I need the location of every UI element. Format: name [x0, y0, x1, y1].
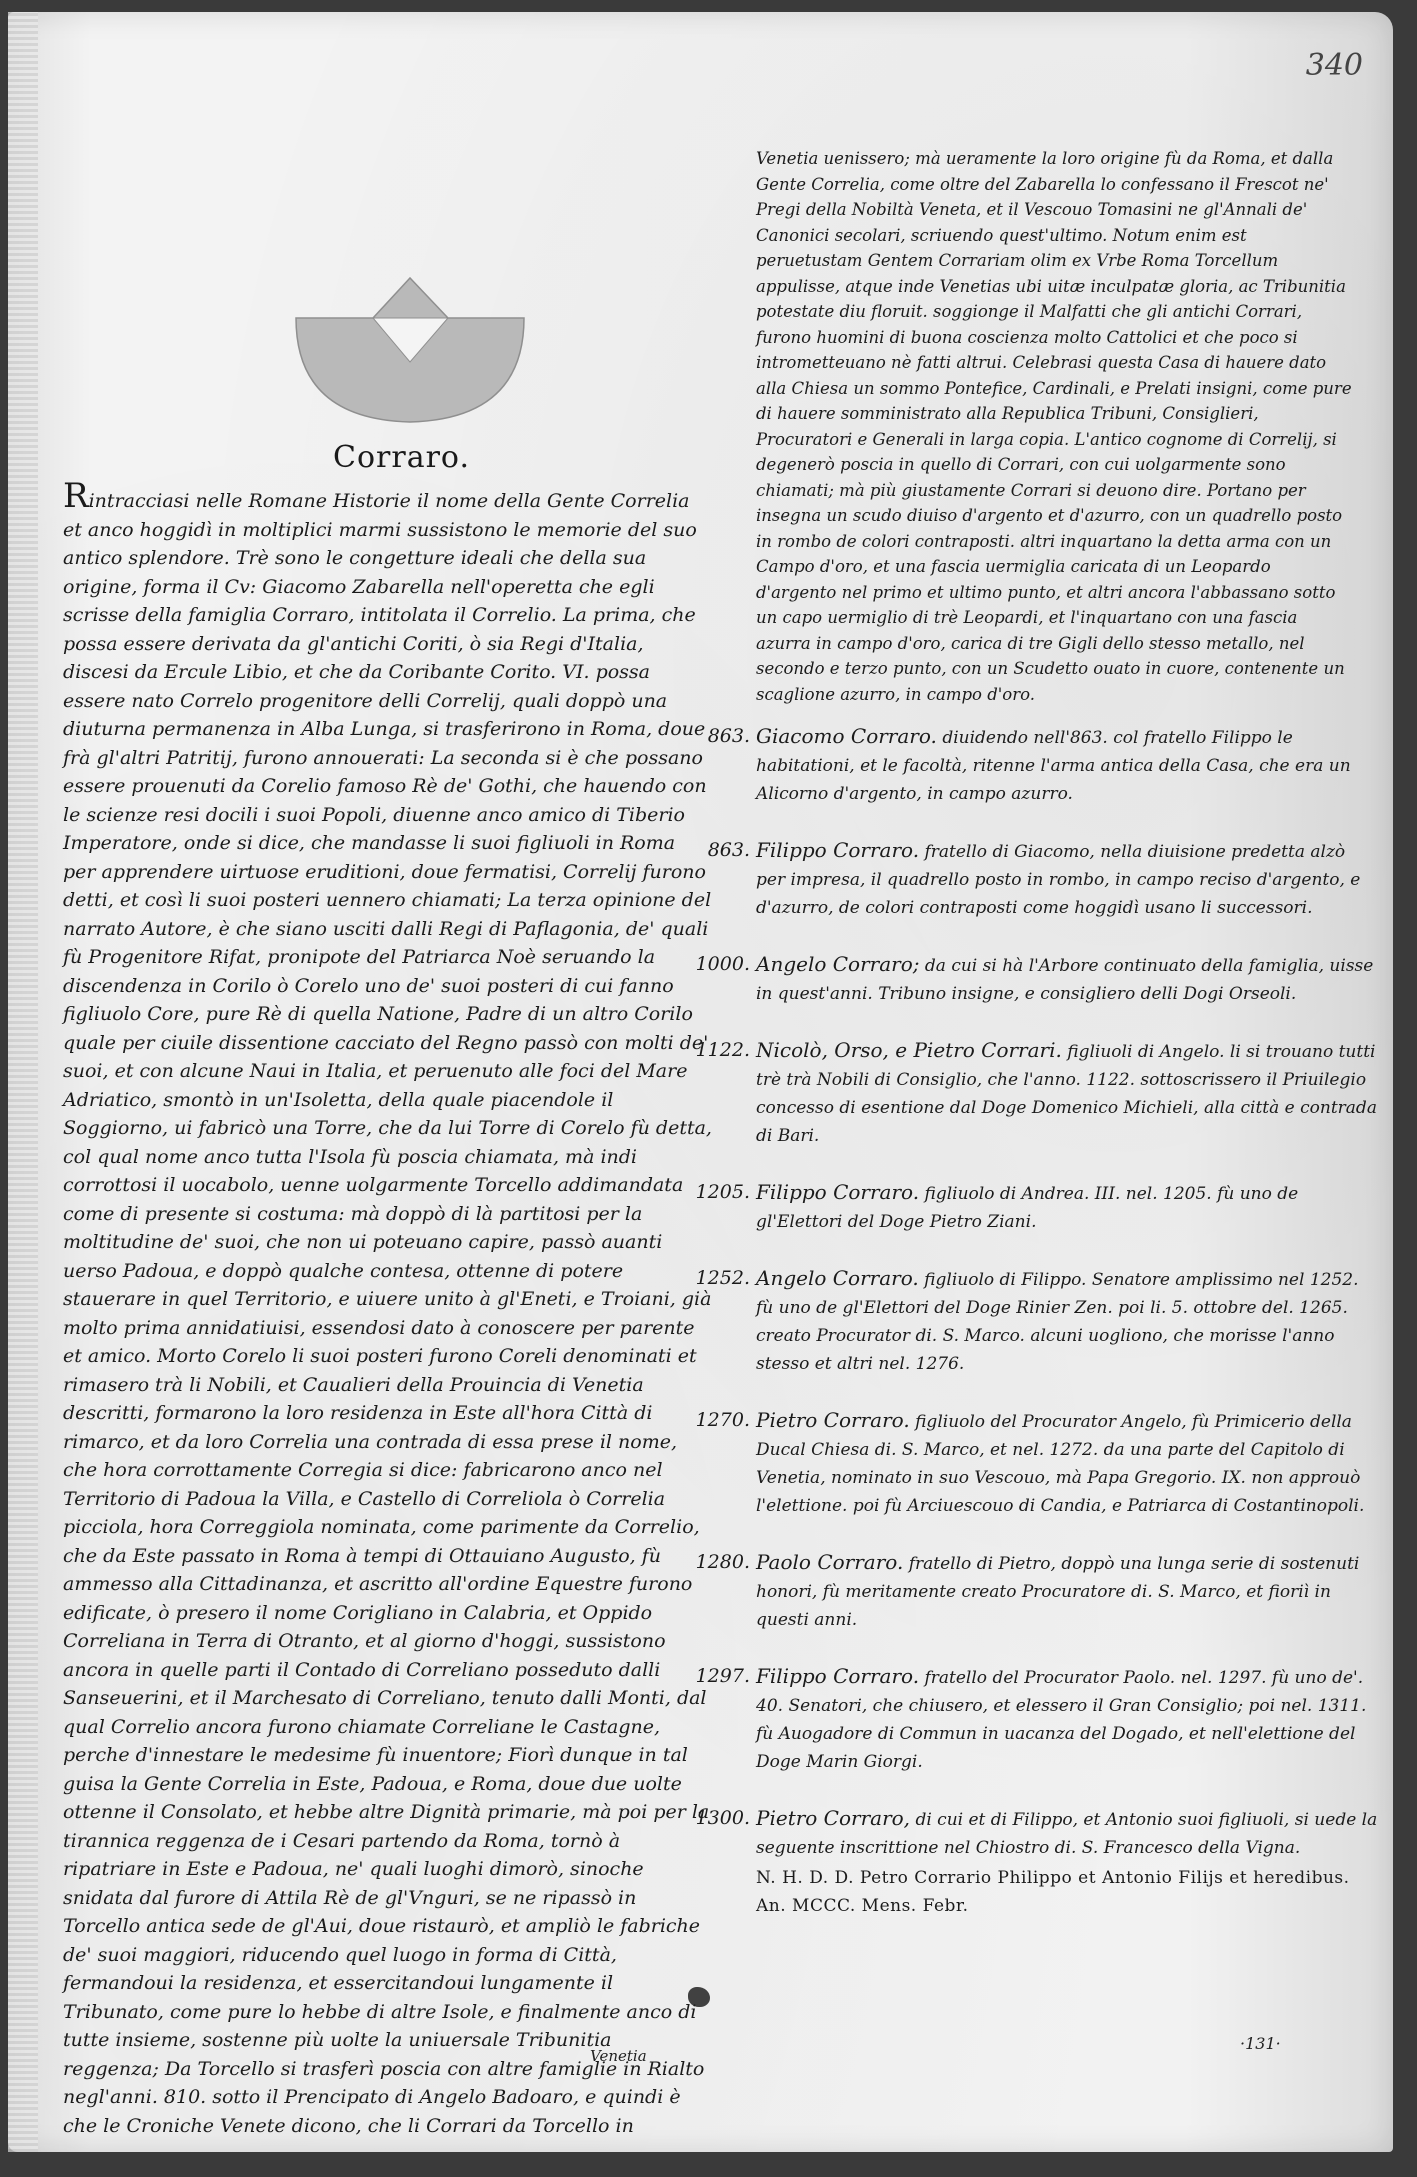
entry-1122-nicolo-orso-pietro: 1122. Nicolò, Orso, e Pietro Corrari. fi…	[688, 1036, 1378, 1150]
entry-year: 1300.	[688, 1804, 756, 1920]
entry-year: 1000.	[688, 950, 756, 1008]
entry-863-giacomo: 863. Giacomo Corraro. diuidendo nell'863…	[688, 722, 1378, 808]
genealogy-entries: 863. Giacomo Corraro. diuidendo nell'863…	[688, 722, 1378, 1948]
entry-year: 1280.	[688, 1548, 756, 1634]
entry-1252-angelo: 1252. Angelo Corraro. figliuolo di Filip…	[688, 1264, 1378, 1378]
footer-number: ·131·	[1240, 2034, 1281, 2053]
entry-863-filippo: 863. Filippo Corraro. fratello di Giacom…	[688, 836, 1378, 922]
entry-1000-angelo: 1000. Angelo Corraro; da cui si hà l'Arb…	[688, 950, 1378, 1008]
entry-name: Filippo Corraro.	[756, 1664, 919, 1688]
folio-number: 340	[1306, 48, 1363, 83]
entry-name: Pietro Corraro,	[756, 1806, 910, 1830]
ink-blot	[688, 1987, 710, 2007]
family-title: Corraro.	[333, 440, 470, 475]
entry-1280-paolo: 1280. Paolo Corraro. fratello di Pietro,…	[688, 1548, 1378, 1634]
entry-year: 1122.	[688, 1036, 756, 1150]
entry-1300-pietro: 1300. Pietro Corraro, di cui et di Filip…	[688, 1804, 1378, 1920]
left-column-text: Rintracciasi nelle Romane Historie il no…	[63, 482, 713, 2140]
right-column-intro: Venetia uenissero; mà ueramente la loro …	[756, 146, 1356, 707]
entry-year: 863.	[688, 722, 756, 808]
entry-year: 1252.	[688, 1264, 756, 1378]
entry-1205-filippo: 1205. Filippo Corraro. figliuolo di Andr…	[688, 1178, 1378, 1236]
entry-name: Angelo Corraro;	[756, 952, 920, 976]
entry-name: Filippo Corraro.	[756, 1180, 919, 1204]
tomb-inscription: N. H. D. D. Petro Corrario Philippo et A…	[756, 1864, 1378, 1920]
manuscript-page: 340 Corraro. Rintracciasi nelle Romane H…	[8, 12, 1393, 2152]
entry-year: 1205.	[688, 1178, 756, 1236]
shield-icon	[288, 274, 532, 424]
entry-1270-pietro: 1270. Pietro Corraro. figliuolo del Proc…	[688, 1406, 1378, 1520]
entry-year: 1270.	[688, 1406, 756, 1520]
entry-year: 863.	[688, 836, 756, 922]
entry-name: Angelo Corraro.	[756, 1266, 919, 1290]
entry-name: Filippo Corraro.	[756, 838, 919, 862]
entry-year: 1297.	[688, 1662, 756, 1776]
entry-name: Nicolò, Orso, e Pietro Corrari.	[756, 1038, 1062, 1062]
entry-name: Giacomo Corraro.	[756, 724, 937, 748]
entry-1297-filippo: 1297. Filippo Corraro. fratello del Proc…	[688, 1662, 1378, 1776]
entry-name: Pietro Corraro.	[756, 1408, 910, 1432]
intro-paragraph: Venetia uenissero; mà ueramente la loro …	[756, 146, 1356, 707]
drop-cap: R	[63, 476, 89, 516]
entry-name: Paolo Corraro.	[756, 1550, 903, 1574]
binding-edge	[8, 12, 38, 2152]
coat-of-arms	[288, 274, 532, 424]
history-paragraph: Rintracciasi nelle Romane Historie il no…	[63, 482, 713, 2140]
catchword: Venetia	[590, 2047, 647, 2065]
